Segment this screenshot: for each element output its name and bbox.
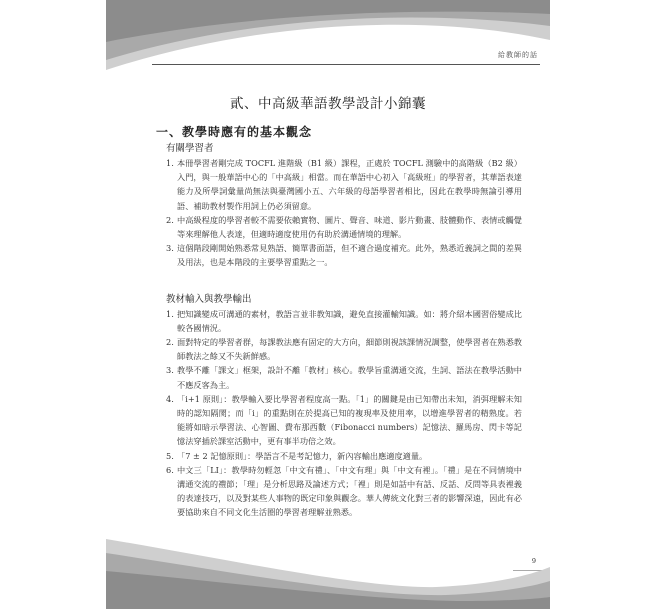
- header-rule: [152, 64, 540, 65]
- item-text: 中文三「LI」：教學時勿輕忽「中文有禮」、「中文有理」與「中文有裡」。「禮」是在…: [177, 465, 522, 518]
- list-item: 4.「i+1 原則」：教學輸入要比學習者程度高一點。「1」的關鍵是由已知帶出未知…: [166, 392, 522, 449]
- materials-list: 1.把知識變成可溝通的素材，教語言並非教知識，避免直接灌輸知識。如：將介紹本國習…: [106, 307, 550, 520]
- item-number: 2.: [166, 335, 174, 349]
- item-number: 1.: [166, 156, 174, 170]
- item-text: 本冊學習者剛完成 TOCFL 進階級（B1 級）課程，正處於 TOCFL 測驗中…: [177, 158, 522, 211]
- list-item: 1.本冊學習者剛完成 TOCFL 進階級（B1 級）課程，正處於 TOCFL 測…: [166, 156, 522, 213]
- section-heading: 一、教學時應有的基本觀念: [156, 123, 550, 141]
- list-item: 2.面對特定的學習者群，每課教法應有固定的大方向，細節則視該課情況調整，使學習者…: [166, 335, 522, 363]
- item-number: 3.: [166, 363, 174, 377]
- item-text: 「i+1 原則」：教學輸入要比學習者程度高一點。「1」的關鍵是由已知帶出未知，消…: [177, 394, 522, 447]
- list-item: 2.中高級程度的學習者較不需要依賴實物、圖片、聲音、味道、影片動畫、肢體動作、表…: [166, 213, 522, 241]
- learners-list: 1.本冊學習者剛完成 TOCFL 進階級（B1 級）課程，正處於 TOCFL 測…: [106, 156, 550, 270]
- chapter-title: 貳、中高級華語教學設計小錦囊: [106, 92, 550, 112]
- item-text: 面對特定的學習者群，每課教法應有固定的大方向，細節則視該課情況調整，使學習者在熟…: [177, 337, 522, 361]
- list-item: 1.把知識變成可溝通的素材，教語言並非教知識，避免直接灌輸知識。如：將介紹本國習…: [166, 307, 522, 335]
- item-text: 中高級程度的學習者較不需要依賴實物、圖片、聲音、味道、影片動畫、肢體動作、表情或…: [177, 215, 522, 239]
- list-item: 3.這個階段剛開始熟悉常見熟語、簡單書面語，但不適合過度補充。此外，熟悉近義詞之…: [166, 241, 522, 269]
- item-number: 5.: [166, 449, 174, 463]
- item-text: 「7 ± 2 記憶原則」：學語言不是考記憶力，新內容輸出應適度適量。: [177, 451, 427, 461]
- document-page: 給教師的話 貳、中高級華語教學設計小錦囊 一、教學時應有的基本觀念 有關學習者 …: [106, 0, 550, 609]
- subsection-heading-learners: 有關學習者: [166, 141, 550, 156]
- item-text: 把知識變成可溝通的素材，教語言並非教知識，避免直接灌輸知識。如：將介紹本國習俗變…: [177, 309, 522, 333]
- item-number: 3.: [166, 241, 174, 255]
- item-text: 這個階段剛開始熟悉常見熟語、簡單書面語，但不適合過度補充。此外，熟悉近義詞之間的…: [177, 243, 522, 267]
- item-number: 4.: [166, 392, 174, 406]
- footer-wave-decoration: [106, 539, 550, 609]
- item-number: 6.: [166, 463, 174, 477]
- list-item: 6.中文三「LI」：教學時勿輕忽「中文有禮」、「中文有理」與「中文有裡」。「禮」…: [166, 463, 522, 520]
- item-number: 2.: [166, 213, 174, 227]
- list-item: 3.教學不離「課文」框架，設計不離「教材」核心。教學旨重溝通交流，生詞、語法在教…: [166, 363, 522, 391]
- subsection-heading-materials: 教材輸入與教學輸出: [166, 292, 550, 307]
- item-number: 1.: [166, 307, 174, 321]
- running-head: 給教師的話: [498, 50, 538, 60]
- content: 一、教學時應有的基本觀念 有關學習者 1.本冊學習者剛完成 TOCFL 進階級（…: [106, 123, 550, 520]
- spacer: [106, 270, 550, 292]
- list-item: 5.「7 ± 2 記憶原則」：學語言不是考記憶力，新內容輸出應適度適量。: [166, 449, 522, 463]
- item-text: 教學不離「課文」框架，設計不離「教材」核心。教學旨重溝通交流，生詞、語法在教學活…: [177, 365, 522, 389]
